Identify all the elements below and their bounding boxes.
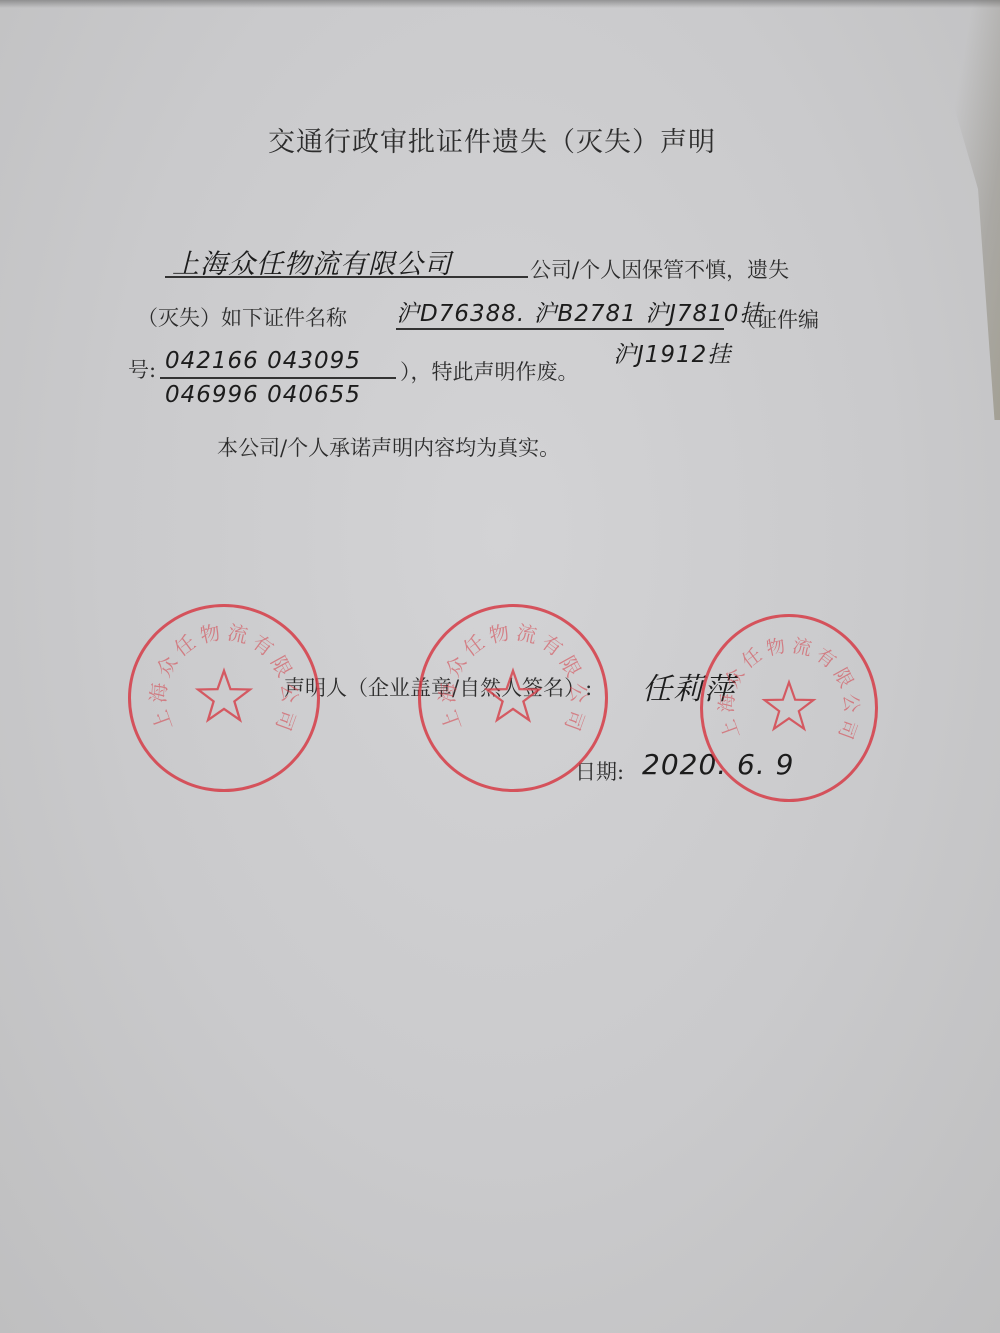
svg-text:任: 任 — [170, 630, 200, 661]
svg-text:有: 有 — [537, 630, 567, 661]
svg-text:海: 海 — [716, 693, 739, 714]
svg-text:海: 海 — [435, 682, 460, 704]
svg-text:司: 司 — [271, 707, 300, 734]
certificate-numbers-underline — [160, 377, 396, 379]
svg-text:限: 限 — [555, 652, 586, 681]
svg-text:有: 有 — [248, 630, 278, 661]
seal-emblem: 上海众任物流有限公司 — [131, 607, 317, 789]
svg-text:众: 众 — [721, 664, 749, 691]
seal-emblem: 上海众任物流有限公司 — [703, 617, 875, 799]
line1-text: 公司/个人因保管不慎，遗失 — [530, 254, 789, 284]
svg-text:海: 海 — [146, 682, 171, 704]
svg-text:众: 众 — [440, 652, 471, 681]
company-seal-2: 上海众任物流有限公司 — [418, 604, 608, 792]
svg-text:上: 上 — [148, 707, 177, 734]
svg-text:上: 上 — [437, 707, 466, 734]
svg-text:公: 公 — [839, 693, 862, 714]
svg-text:物: 物 — [487, 620, 512, 648]
line2-prefix: （灭失）如下证件名称 — [137, 302, 347, 332]
svg-text:物: 物 — [198, 620, 223, 648]
svg-text:限: 限 — [829, 664, 857, 691]
svg-text:流: 流 — [226, 620, 251, 648]
svg-text:流: 流 — [791, 635, 814, 661]
line3-prefix: 号: — [128, 354, 156, 384]
svg-text:任: 任 — [459, 630, 489, 661]
line2-suffix: （证件编 — [735, 304, 819, 334]
line3-suffix: ），特此声明作废。 — [400, 356, 579, 386]
certificate-numbers-handwritten: 042166 043095 — [165, 348, 361, 374]
svg-text:公: 公 — [277, 682, 302, 704]
svg-text:上: 上 — [717, 716, 744, 741]
company-underline — [165, 276, 528, 278]
certificate-names-underline — [396, 328, 724, 330]
svg-text:众: 众 — [151, 652, 182, 681]
document-title: 交通行政审批证件遗失（灭失）声明 — [268, 120, 716, 159]
svg-text:物: 物 — [764, 635, 787, 661]
top-edge-shadow — [0, 0, 1000, 8]
certificate-names-handwritten: 沪D76388. 沪B2781 沪J7810挂 — [396, 295, 763, 328]
company-seal-3: 上海众任物流有限公司 — [700, 614, 878, 802]
svg-text:任: 任 — [738, 644, 766, 673]
svg-text:司: 司 — [560, 707, 589, 734]
svg-text:有: 有 — [812, 644, 840, 673]
svg-text:司: 司 — [834, 717, 861, 742]
svg-text:限: 限 — [266, 652, 297, 681]
certificate-names-handwritten-line2: 沪J1912挂 — [613, 336, 731, 369]
svg-text:流: 流 — [515, 620, 540, 648]
company-seal-1: 上海众任物流有限公司 — [128, 604, 320, 792]
certificate-numbers-handwritten-line2: 046996 040655 — [165, 382, 361, 408]
truthfulness-statement: 本公司/个人承诺声明内容均为真实。 — [217, 432, 560, 462]
seal-emblem: 上海众任物流有限公司 — [421, 607, 605, 789]
svg-text:公: 公 — [566, 682, 591, 704]
